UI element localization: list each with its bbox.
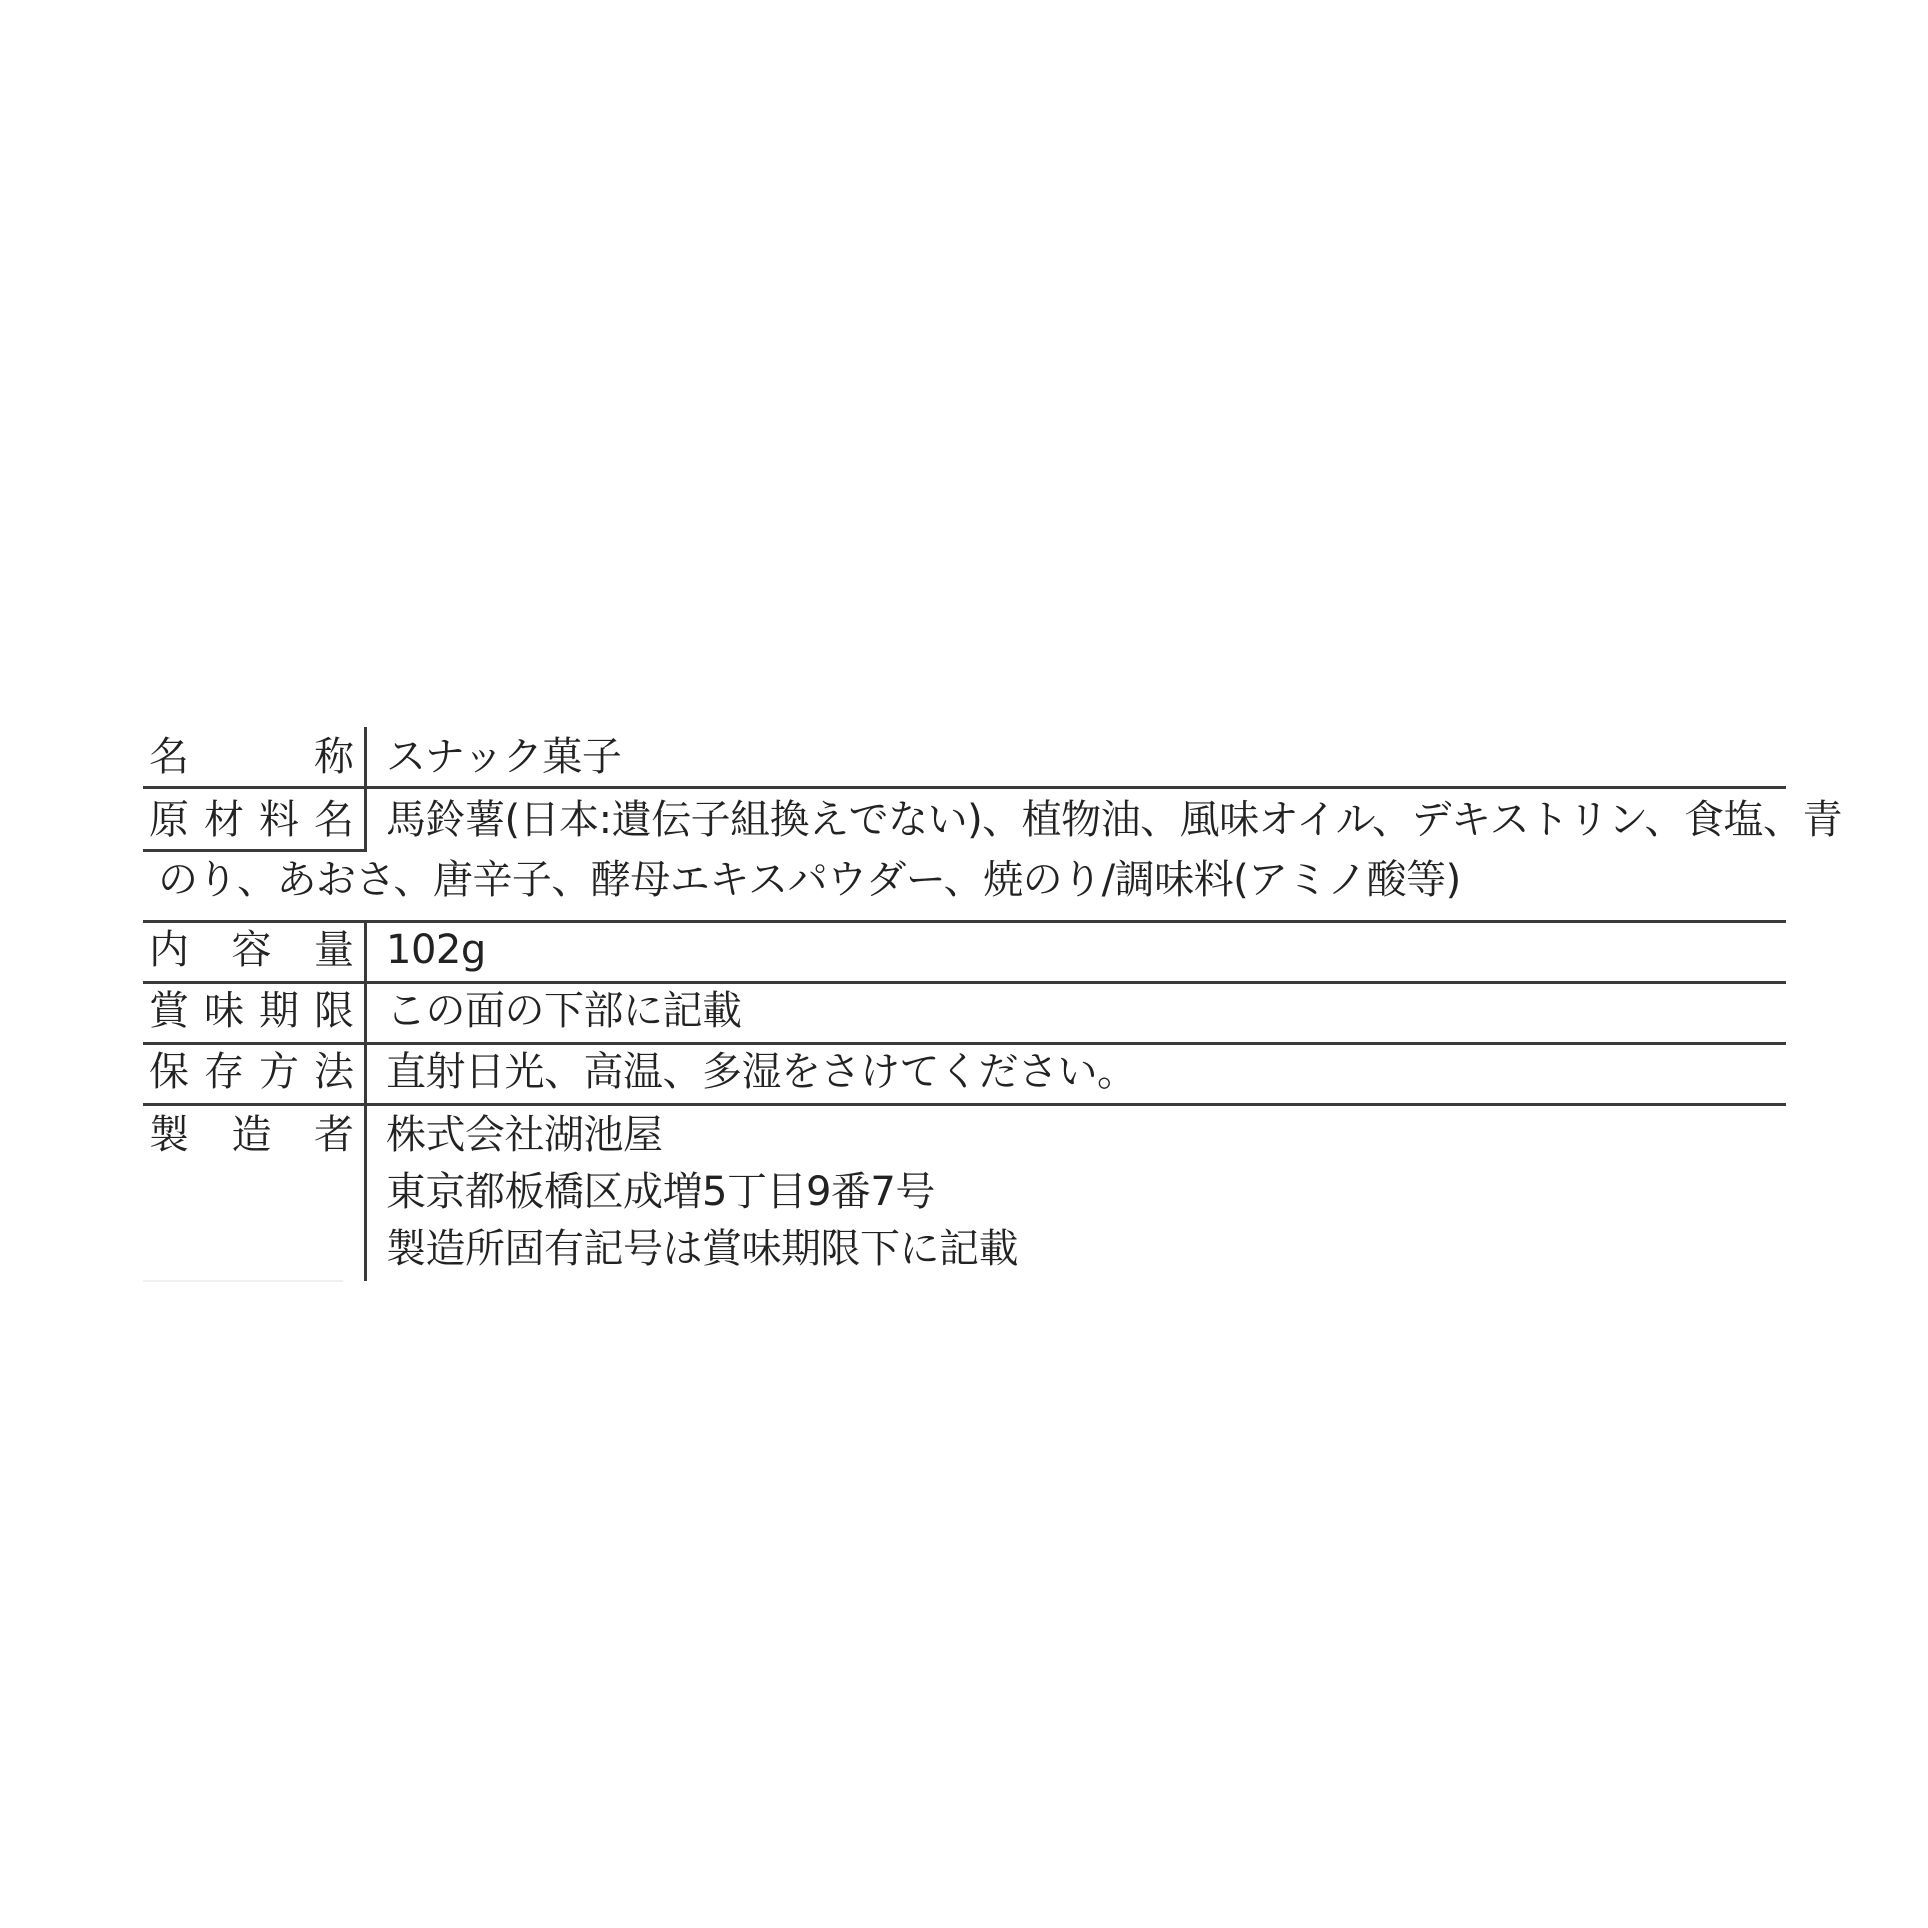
label-char: 名	[149, 733, 189, 781]
label-best-before: 賞 味 期 限	[149, 987, 354, 1035]
value-storage: 直射日光、高温、多湿をさけてください。	[386, 1048, 1137, 1096]
label-char: 保	[149, 1048, 189, 1096]
label-char: 料	[259, 796, 299, 844]
value-net-weight: 102g	[386, 926, 486, 974]
label-char: 法	[314, 1048, 354, 1096]
label-manufacturer: 製 造 者	[149, 1111, 354, 1159]
label-char: 賞	[149, 987, 189, 1035]
row-divider	[143, 1042, 1786, 1045]
column-divider-top	[364, 727, 367, 852]
label-char: 存	[204, 1048, 244, 1096]
label-char: 造	[232, 1111, 272, 1159]
label-char: 方	[259, 1048, 299, 1096]
label-char: 製	[149, 1111, 189, 1159]
value-manufacturer-address: 東京都板橋区成増5丁目9番7号	[386, 1168, 935, 1216]
bottom-faint-line	[143, 1280, 343, 1282]
value-ingredients-line1: 馬鈴薯(日本:遺伝子組換えでない)、植物油、風味オイル、デキストリン、食塩、青	[386, 796, 1842, 844]
label-char: 材	[204, 796, 244, 844]
row-divider	[143, 1103, 1786, 1106]
row-divider	[143, 920, 1786, 923]
label-storage: 保 存 方 法	[149, 1048, 354, 1096]
label-char: 称	[314, 733, 354, 781]
label-box-bottom	[143, 849, 367, 852]
label-char: 容	[232, 926, 272, 974]
value-best-before: この面の下部に記載	[386, 987, 742, 1035]
label-char: 量	[314, 926, 354, 974]
label-name: 名 称	[149, 733, 354, 781]
row-divider	[143, 786, 1786, 789]
label-char: 味	[204, 987, 244, 1035]
value-name: スナック菓子	[386, 733, 621, 781]
value-manufacturer-company: 株式会社湖池屋	[386, 1111, 663, 1159]
value-manufacturer-note: 製造所固有記号は賞味期限下に記載	[386, 1225, 1018, 1273]
label-char: 名	[314, 796, 354, 844]
label-net-weight: 内 容 量	[149, 926, 354, 974]
label-ingredients: 原 材 料 名	[149, 796, 354, 844]
label-char: 原	[149, 796, 189, 844]
label-char: 限	[314, 987, 354, 1035]
label-char: 内	[149, 926, 189, 974]
label-char: 期	[259, 987, 299, 1035]
label-char: 者	[314, 1111, 354, 1159]
column-divider-bottom	[364, 921, 367, 1281]
food-label-table: 名 称 スナック菓子 原 材 料 名 馬鈴薯(日本:遺伝子組換えでない)、植物油…	[143, 727, 1786, 1283]
row-divider	[143, 981, 1786, 984]
value-ingredients-line2: のり、あおさ、唐辛子、酵母エキスパウダー、焼のり/調味料(アミノ酸等)	[158, 856, 1461, 904]
